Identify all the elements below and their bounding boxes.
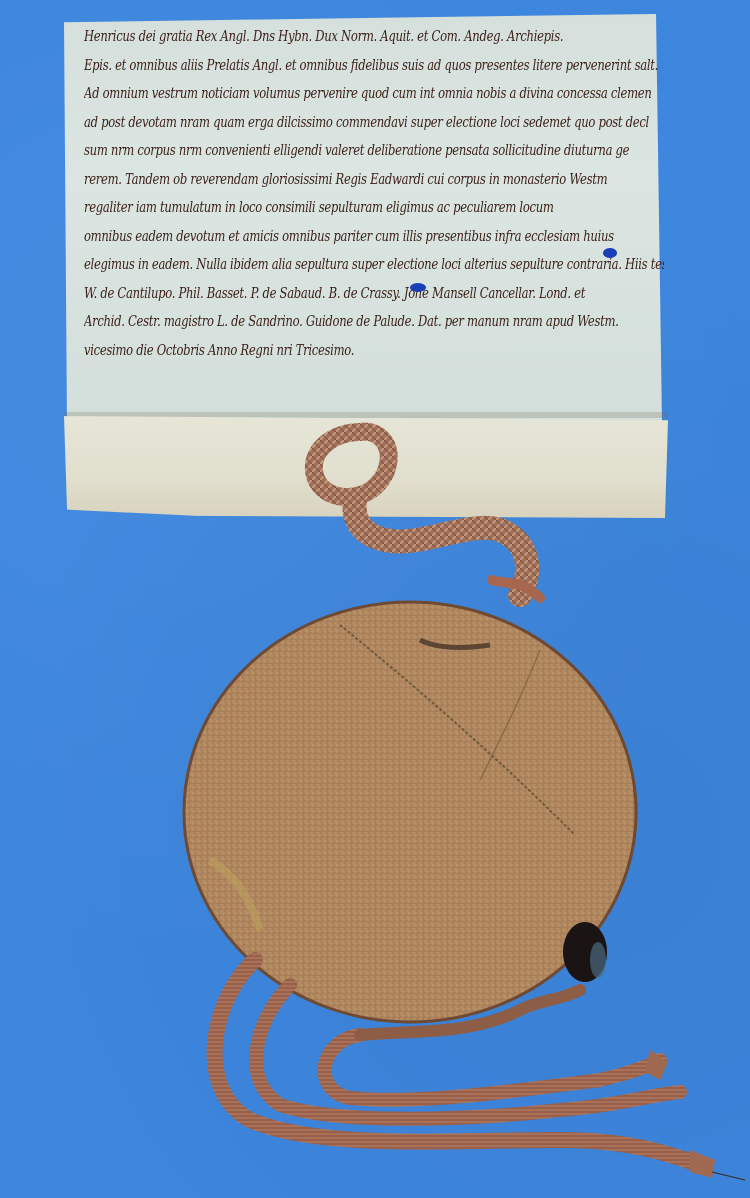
- seal-assembly: [0, 0, 750, 1198]
- braided-cord: [314, 432, 540, 598]
